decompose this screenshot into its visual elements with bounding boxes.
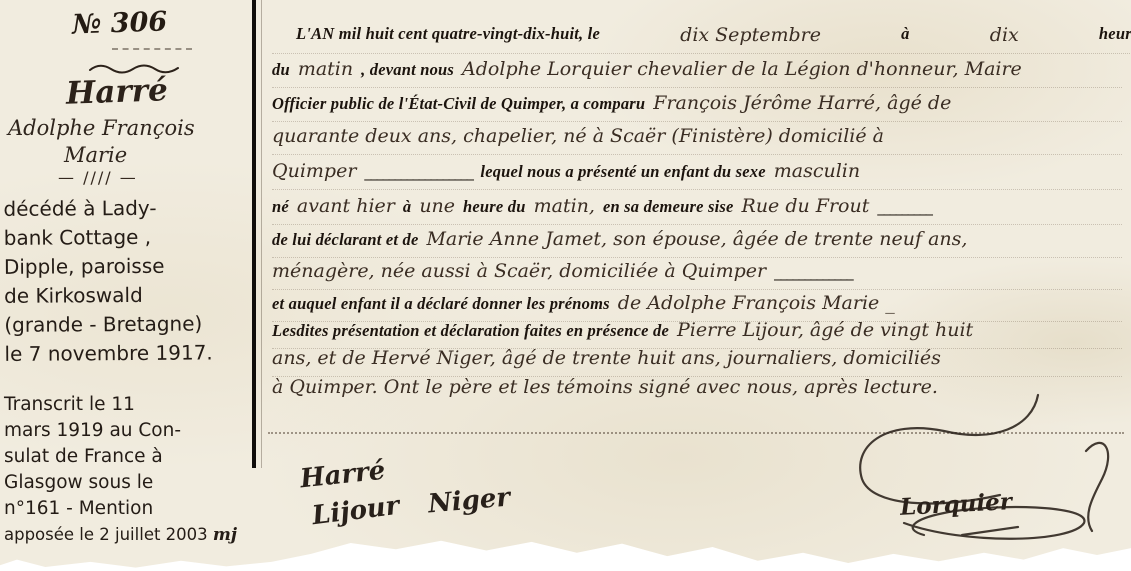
body-line-2: dumatin, devant nousAdolphe Lorquier che… bbox=[272, 58, 1122, 88]
annotation-initials: mj bbox=[213, 525, 237, 545]
printed-form-text: Officier public de l'État-Civil de Quimp… bbox=[272, 94, 645, 114]
transcription-annotation-line: Glasgow sous le bbox=[4, 470, 262, 496]
transcription-annotation-line: Transcrit le 11 bbox=[4, 392, 262, 418]
registrant-surname: Harré bbox=[65, 72, 168, 112]
printed-form-text: L'AN mil huit cent quatre-vingt-dix-huit… bbox=[296, 24, 600, 46]
signature-father: Harré bbox=[299, 456, 387, 495]
handwritten-entry: ménagère, née aussi à Scaër, domiciliée … bbox=[272, 260, 766, 282]
signature-mayor-block: Lorquier bbox=[842, 393, 1130, 563]
body-line-8: ménagère, née aussi à Scaër, domiciliée … bbox=[272, 260, 1122, 290]
scanned-document: № 306 Harré Adolphe François Marie — ///… bbox=[0, 0, 1131, 571]
printed-form-text: à bbox=[901, 24, 909, 46]
body-line-9: et auquel enfant il a déclaré donner les… bbox=[272, 292, 1122, 322]
printed-form-text: du bbox=[272, 60, 290, 80]
handwritten-entry: Marie Anne Jamet, son épouse, âgée de tr… bbox=[426, 228, 967, 250]
body-line-7: de lui déclarant et deMarie Anne Jamet, … bbox=[272, 228, 1122, 258]
transcription-annotation: Transcrit le 11 mars 1919 au Con- sulat … bbox=[4, 392, 262, 548]
signature-witness-1: Lijour bbox=[310, 491, 401, 531]
blank-fill-line: __________________ bbox=[364, 163, 472, 181]
printed-form-text: né bbox=[272, 197, 289, 217]
printed-form-text: et auquel enfant il a déclaré donner les… bbox=[272, 294, 610, 314]
handwritten-entry: Pierre Lijour, âgé de vingt huit bbox=[677, 319, 973, 341]
body-line-10: Lesdites présentation et déclaration fai… bbox=[272, 319, 1122, 349]
handwritten-entry: dix Septembre bbox=[680, 24, 821, 46]
signature-witness-2: Niger bbox=[427, 482, 511, 519]
blank-fill-line: _____________ bbox=[774, 263, 852, 281]
death-annotation-line: décédé à Lady- bbox=[3, 193, 255, 224]
act-number-rule bbox=[112, 48, 192, 50]
handwritten-entry: ans, et de Hervé Niger, âgé de trente hu… bbox=[272, 347, 941, 369]
act-number: № 306 bbox=[71, 6, 167, 40]
death-annotation-line: de Kirkoswald bbox=[4, 280, 256, 311]
handwritten-entry: à Quimper. Ont le père et les témoins si… bbox=[272, 376, 938, 398]
body-line-3: Officier public de l'État-Civil de Quimp… bbox=[272, 92, 1122, 122]
registrant-given-names: Adolphe François bbox=[8, 116, 195, 140]
handwritten-entry: matin bbox=[298, 58, 353, 80]
transcription-annotation-line: sulat de France à bbox=[4, 444, 262, 470]
paper-sheet: № 306 Harré Adolphe François Marie — ///… bbox=[0, 0, 1131, 571]
printed-form-text: Lesdites présentation et déclaration fai… bbox=[272, 321, 669, 341]
body-line-4: quarante deux ans, chapelier, né à Scaër… bbox=[272, 125, 1122, 155]
handwritten-entry: Quimper bbox=[272, 160, 356, 182]
death-annotation-line: le 7 novembre 1917. bbox=[4, 338, 256, 369]
handwritten-entry: avant hier bbox=[297, 195, 395, 217]
death-annotation: décédé à Lady- bank Cottage , Dipple, pa… bbox=[3, 193, 256, 369]
handwritten-entry: Adolphe Lorquier chevalier de la Légion … bbox=[462, 58, 1022, 80]
printed-form-text: lequel nous a présenté un enfant du sexe bbox=[480, 162, 765, 182]
signature-flourish-icon bbox=[842, 393, 1130, 563]
death-annotation-line: Dipple, paroisse bbox=[4, 251, 256, 282]
printed-form-text: , devant nous bbox=[361, 60, 454, 80]
transcription-annotation-text: apposée le 2 juillet 2003 bbox=[4, 525, 208, 544]
printed-form-text: heure du bbox=[463, 197, 526, 217]
body-line-6: néavant hieràuneheure dumatin,en sa deme… bbox=[272, 195, 1122, 225]
handwritten-entry: François Jérôme Harré, âgé de bbox=[653, 92, 951, 114]
registrant-given-names-2: Marie bbox=[64, 143, 127, 167]
body-line-11: ans, et de Hervé Niger, âgé de trente hu… bbox=[272, 347, 1122, 377]
transcription-annotation-line: apposée le 2 juillet 2003 mj bbox=[4, 522, 262, 548]
handwritten-entry: de Adolphe François Marie _ bbox=[618, 292, 895, 314]
death-annotation-line: (grande - Bretagne) bbox=[4, 309, 256, 340]
handwritten-entry: dix bbox=[990, 24, 1019, 46]
margin-vertical-rule bbox=[252, 0, 256, 468]
margin-divider-mark: — //// — bbox=[58, 168, 138, 187]
handwritten-entry: masculin bbox=[774, 160, 860, 182]
margin-vertical-rule-thin bbox=[261, 0, 262, 468]
printed-form-text: de lui déclarant et de bbox=[272, 230, 418, 250]
body-line-5: Quimper__________________lequel nous a p… bbox=[272, 160, 1122, 190]
transcription-annotation-line: mars 1919 au Con- bbox=[4, 418, 262, 444]
transcription-annotation-line: n°161 - Mention bbox=[4, 496, 262, 522]
death-annotation-line: bank Cottage , bbox=[4, 222, 256, 253]
handwritten-entry: quarante deux ans, chapelier, né à Scaër… bbox=[272, 125, 884, 147]
printed-form-text: en sa demeure sise bbox=[603, 197, 734, 217]
handwritten-entry: Rue du Frout bbox=[742, 195, 870, 217]
handwritten-entry: matin, bbox=[534, 195, 595, 217]
handwritten-entry: une bbox=[419, 195, 455, 217]
printed-form-text: heures bbox=[1099, 24, 1131, 46]
printed-form-text: à bbox=[403, 197, 411, 217]
blank-fill-line: _________ bbox=[877, 198, 931, 216]
body-line-1: L'AN mil huit cent quatre-vingt-dix-huit… bbox=[272, 24, 1131, 54]
